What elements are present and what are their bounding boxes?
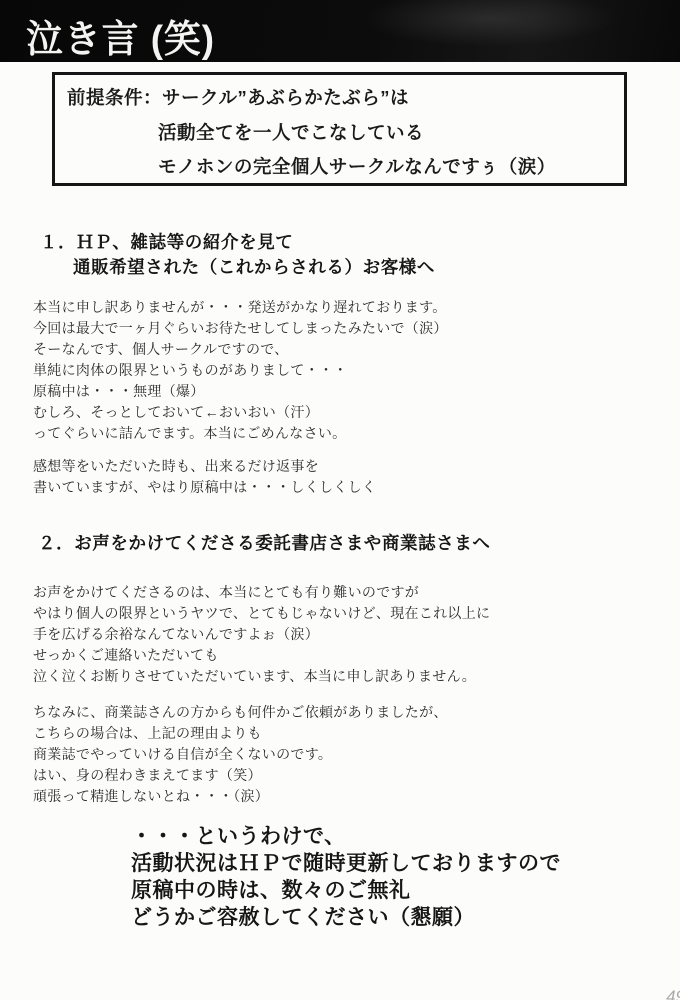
closing-line: 原稿中の時は、数々のご無礼 <box>131 877 561 904</box>
closing-line: どうかご容赦してください（懇願） <box>131 904 561 931</box>
text-line: ちなみに、商業誌さんの方からも何件かご依頼がありましたが、 <box>33 702 448 723</box>
premise-line: 前提条件：サークル”あぶらかたぶら”は <box>67 84 409 110</box>
text-line: 本当に申し訳ありませんが・・・発送がかなり遅れております。 <box>33 297 448 318</box>
heading-line: １．ＨＰ、雑誌等の紹介を見て <box>40 230 435 255</box>
premise-box: 前提条件：サークル”あぶらかたぶら”は 活動全てを一人でこなしている モノホンの… <box>52 72 627 186</box>
text-line: やはり個人の限界というヤツで、とてもじゃないけど、現在これ以上に <box>33 603 490 624</box>
text-line: はい、身の程わきまえてます（笑） <box>33 765 448 786</box>
text-line: お声をかけてくださるのは、本当にとても有り難いのですが <box>33 582 490 603</box>
premise-line: 活動全てを一人でこなしている <box>158 119 424 145</box>
heading-line: ２．お声をかけてくださる委託書店さまや商業誌さまへ <box>38 531 491 556</box>
page-number: 49 <box>666 987 680 1000</box>
text-line: 泣く泣くお断りさせていただいています、本当に申し訳ありません。 <box>33 666 490 687</box>
section-2-paragraph-2: ちなみに、商業誌さんの方からも何件かご依頼がありましたが、 こちらの場合は、上記… <box>33 702 448 807</box>
section-1-heading: １．ＨＰ、雑誌等の紹介を見て 通販希望された（これからされる）お客様へ <box>40 230 435 280</box>
text-line: 書いていますが、やはり原稿中は・・・しくしくしく <box>33 477 376 498</box>
text-line: 頑張って精進しないとね・・・（涙） <box>33 786 448 807</box>
text-line: 原稿中は・・・無理（爆） <box>33 381 448 402</box>
text-line: 感想等をいただいた時も、出来るだけ返事を <box>33 456 376 477</box>
text-line: ってぐらいに詰んでます。本当にごめんなさい。 <box>33 423 448 444</box>
section-1-paragraph-2: 感想等をいただいた時も、出来るだけ返事を 書いていますが、やはり原稿中は・・・し… <box>33 456 376 498</box>
premise-line: モノホンの完全個人サークルなんですぅ（涙） <box>158 153 556 179</box>
text-line: 手を広げる余裕なんてないんですよぉ（涙） <box>33 624 490 645</box>
section-1-paragraph-1: 本当に申し訳ありませんが・・・発送がかなり遅れております。 今回は最大で一ヶ月ぐ… <box>33 297 448 444</box>
text-line: こちらの場合は、上記の理由よりも <box>33 723 448 744</box>
closing-line: ・・・というわけで、 <box>131 823 561 850</box>
title-bar: 泣き言 (笑) <box>0 0 680 62</box>
page-title: 泣き言 (笑) <box>26 8 215 63</box>
section-2-paragraph-1: お声をかけてくださるのは、本当にとても有り難いのですが やはり個人の限界というヤ… <box>33 582 490 687</box>
text-line: 商業誌でやっていける自信が全くないのです。 <box>33 744 448 765</box>
heading-line: 通販希望された（これからされる）お客様へ <box>73 255 435 280</box>
text-line: 今回は最大で一ヶ月ぐらいお待たせしてしまったみたいで（涙） <box>33 318 448 339</box>
closing-block: ・・・というわけで、 活動状況はＨＰで随時更新しておりますので 原稿中の時は、数… <box>131 823 561 931</box>
section-2-heading: ２．お声をかけてくださる委託書店さまや商業誌さまへ <box>38 531 491 556</box>
closing-line: 活動状況はＨＰで随時更新しておりますので <box>131 850 561 877</box>
text-line: せっかくご連絡いただいても <box>33 645 490 666</box>
text-line: むしろ、そっとしておいて←おいおい（汗） <box>33 402 448 423</box>
text-line: 単純に肉体の限界というものがありまして・・・ <box>33 360 448 381</box>
document-page: 泣き言 (笑) 前提条件：サークル”あぶらかたぶら”は 活動全てを一人でこなして… <box>0 0 680 1000</box>
text-line: そーなんです、個人サークルですので、 <box>33 339 448 360</box>
